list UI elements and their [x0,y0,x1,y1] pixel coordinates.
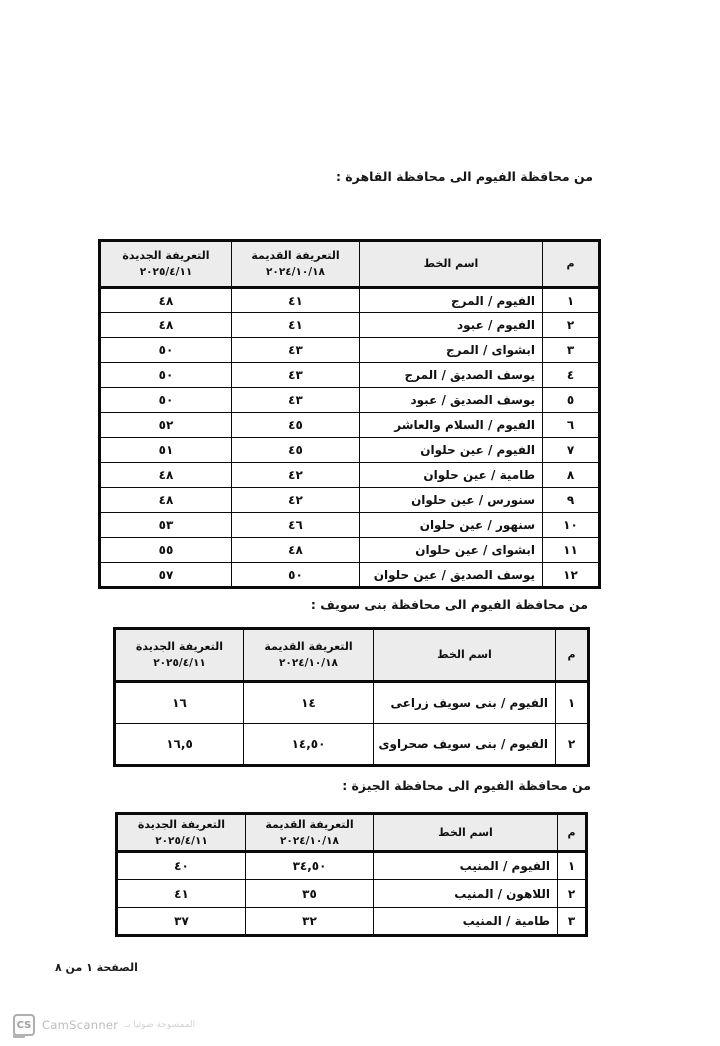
table-row: ١٢ يوسف الصديق / عين حلوان ٥٠ ٥٧ [100,563,600,588]
cell-new-tariff: ٤٨ [100,463,232,488]
old-tariff-date: ٢٠٢٤/١٠/١٨ [246,833,373,849]
table-row: ٢ الفيوم / عبود ٤١ ٤٨ [100,313,600,338]
scanned-with-text: الممسوحة ضوئيا بـ [125,1020,195,1030]
section-title-fayoum-giza: من محافظة الفيوم الى محافظة الجيزة : [342,778,591,793]
new-tariff-date: ٢٠٢٥/٤/١١ [101,264,231,280]
cell-new-tariff: ١٦,٥ [115,724,244,766]
cell-index: ٢ [556,724,589,766]
table-row: ١ الفيوم / المرج ٤١ ٤٨ [100,288,600,313]
cell-line-name: الفيوم / السلام والعاشر [360,413,543,438]
cell-line-name: سنهور / عين حلوان [360,513,543,538]
cell-new-tariff: ٥٥ [100,538,232,563]
cell-index: ١ [556,682,589,724]
cell-line-name: الفيوم / بنى سويف صحراوى [374,724,556,766]
cell-new-tariff: ٤١ [117,880,246,908]
tariff-table-fayoum-benisuef: م اسم الخط التعريفة القديمة ٢٠٢٤/١٠/١٨ ا… [113,627,590,767]
cell-line-name: الفيوم / عين حلوان [360,438,543,463]
cell-index: ٥ [543,388,600,413]
cell-new-tariff: ٥٠ [100,363,232,388]
table-row: ٢ الفيوم / بنى سويف صحراوى ١٤,٥٠ ١٦,٥ [115,724,589,766]
col-header-line-name: اسم الخط [374,629,556,682]
table-row: ٥ يوسف الصديق / عبود ٤٣ ٥٠ [100,388,600,413]
cell-line-name: اللاهون / المنيب [374,880,558,908]
table-row: ١٠ سنهور / عين حلوان ٤٦ ٥٣ [100,513,600,538]
cell-index: ٦ [543,413,600,438]
table-row: ٢ اللاهون / المنيب ٣٥ ٤١ [117,880,587,908]
col-header-index: م [543,241,600,288]
table-row: ١ الفيوم / المنيب ٣٤,٥٠ ٤٠ [117,852,587,880]
old-tariff-label: التعريفة القديمة [244,638,373,655]
cell-index: ١٠ [543,513,600,538]
new-tariff-date: ٢٠٢٥/٤/١١ [116,655,243,671]
new-tariff-label: التعريفة الجديدة [116,638,243,655]
table-row: ٧ الفيوم / عين حلوان ٤٥ ٥١ [100,438,600,463]
cell-new-tariff: ٤٨ [100,288,232,313]
cell-old-tariff: ٤٢ [232,488,360,513]
col-header-new-tariff: التعريفة الجديدة ٢٠٢٥/٤/١١ [117,814,246,852]
new-tariff-label: التعريفة الجديدة [101,247,231,264]
cell-index: ٣ [558,908,587,936]
cell-line-name: ابشواى / المرج [360,338,543,363]
tariff-table-fayoum-cairo: م اسم الخط التعريفة القديمة ٢٠٢٤/١٠/١٨ ا… [98,239,601,589]
scanned-document-page: من محافظة الفيوم الى محافظة القاهرة : م … [0,0,720,1046]
cell-line-name: يوسف الصديق / عبود [360,388,543,413]
camscanner-logo-icon: CS [13,1014,35,1036]
section-title-fayoum-benisuef: من محافظة الفيوم الى محافظة بنى سويف : [311,597,588,612]
cell-line-name: الفيوم / عبود [360,313,543,338]
col-header-index: م [556,629,589,682]
cell-line-name: يوسف الصديق / عين حلوان [360,563,543,588]
new-tariff-date: ٢٠٢٥/٤/١١ [118,833,245,849]
cell-new-tariff: ٥٧ [100,563,232,588]
cell-index: ٣ [543,338,600,363]
cell-new-tariff: ٥١ [100,438,232,463]
cell-old-tariff: ١٤ [244,682,374,724]
cell-index: ٨ [543,463,600,488]
cell-line-name: الفيوم / المنيب [374,852,558,880]
table-row: ١ الفيوم / بنى سويف زراعى ١٤ ١٦ [115,682,589,724]
cell-index: ٢ [543,313,600,338]
cell-new-tariff: ٤٨ [100,488,232,513]
table-row: ٨ طامية / عين حلوان ٤٢ ٤٨ [100,463,600,488]
cell-line-name: ابشواى / عين حلوان [360,538,543,563]
table-row: ٤ يوسف الصديق / المرج ٤٣ ٥٠ [100,363,600,388]
cell-line-name: طامية / المنيب [374,908,558,936]
table-row: ٣ ابشواى / المرج ٤٣ ٥٠ [100,338,600,363]
cell-index: ٩ [543,488,600,513]
old-tariff-date: ٢٠٢٤/١٠/١٨ [232,264,359,280]
cell-line-name: الفيوم / بنى سويف زراعى [374,682,556,724]
col-header-line-name: اسم الخط [360,241,543,288]
cell-old-tariff: ٤٣ [232,363,360,388]
cell-new-tariff: ٤٠ [117,852,246,880]
cell-index: ٧ [543,438,600,463]
col-header-old-tariff: التعريفة القديمة ٢٠٢٤/١٠/١٨ [232,241,360,288]
cell-new-tariff: ٥٢ [100,413,232,438]
header-row: م اسم الخط التعريفة القديمة ٢٠٢٤/١٠/١٨ ا… [117,814,587,852]
col-header-index: م [558,814,587,852]
cell-old-tariff: ٤٥ [232,413,360,438]
cell-old-tariff: ٤٢ [232,463,360,488]
col-header-new-tariff: التعريفة الجديدة ٢٠٢٥/٤/١١ [115,629,244,682]
table-row: ٦ الفيوم / السلام والعاشر ٤٥ ٥٢ [100,413,600,438]
tariff-table-fayoum-giza: م اسم الخط التعريفة القديمة ٢٠٢٤/١٠/١٨ ا… [115,812,588,937]
cell-index: ١ [543,288,600,313]
table-row: ١١ ابشواى / عين حلوان ٤٨ ٥٥ [100,538,600,563]
camscanner-brand-text: CamScanner [42,1018,118,1032]
cell-new-tariff: ٣٧ [117,908,246,936]
cell-line-name: يوسف الصديق / المرج [360,363,543,388]
cell-new-tariff: ٥٠ [100,338,232,363]
cell-new-tariff: ٥٠ [100,388,232,413]
cell-old-tariff: ٣٤,٥٠ [246,852,374,880]
cell-index: ١١ [543,538,600,563]
col-header-new-tariff: التعريفة الجديدة ٢٠٢٥/٤/١١ [100,241,232,288]
cell-old-tariff: ١٤,٥٠ [244,724,374,766]
cell-old-tariff: ٤٨ [232,538,360,563]
table-row: ٩ سنورس / عين حلوان ٤٢ ٤٨ [100,488,600,513]
header-row: م اسم الخط التعريفة القديمة ٢٠٢٤/١٠/١٨ ا… [115,629,589,682]
cell-old-tariff: ٥٠ [232,563,360,588]
cell-index: ١ [558,852,587,880]
cell-line-name: طامية / عين حلوان [360,463,543,488]
section-title-fayoum-cairo: من محافظة الفيوم الى محافظة القاهرة : [336,169,593,184]
old-tariff-label: التعريفة القديمة [246,816,373,833]
cell-new-tariff: ٥٣ [100,513,232,538]
cell-old-tariff: ٣٢ [246,908,374,936]
col-header-old-tariff: التعريفة القديمة ٢٠٢٤/١٠/١٨ [246,814,374,852]
cell-old-tariff: ٤١ [232,288,360,313]
old-tariff-label: التعريفة القديمة [232,247,359,264]
col-header-old-tariff: التعريفة القديمة ٢٠٢٤/١٠/١٨ [244,629,374,682]
table-row: ٣ طامية / المنيب ٣٢ ٣٧ [117,908,587,936]
cell-new-tariff: ١٦ [115,682,244,724]
cell-old-tariff: ٤١ [232,313,360,338]
cell-line-name: الفيوم / المرج [360,288,543,313]
cell-old-tariff: ٤٥ [232,438,360,463]
header-row: م اسم الخط التعريفة القديمة ٢٠٢٤/١٠/١٨ ا… [100,241,600,288]
page-number-text: الصفحة ١ من ٨ [55,961,138,974]
cell-new-tariff: ٤٨ [100,313,232,338]
camscanner-watermark: CS CamScanner الممسوحة ضوئيا بـ [13,1014,195,1036]
cell-old-tariff: ٣٥ [246,880,374,908]
cell-index: ٤ [543,363,600,388]
cell-old-tariff: ٤٣ [232,388,360,413]
cell-index: ١٢ [543,563,600,588]
cell-line-name: سنورس / عين حلوان [360,488,543,513]
new-tariff-label: التعريفة الجديدة [118,816,245,833]
cell-old-tariff: ٤٦ [232,513,360,538]
cell-index: ٢ [558,880,587,908]
cell-old-tariff: ٤٣ [232,338,360,363]
col-header-line-name: اسم الخط [374,814,558,852]
old-tariff-date: ٢٠٢٤/١٠/١٨ [244,655,373,671]
